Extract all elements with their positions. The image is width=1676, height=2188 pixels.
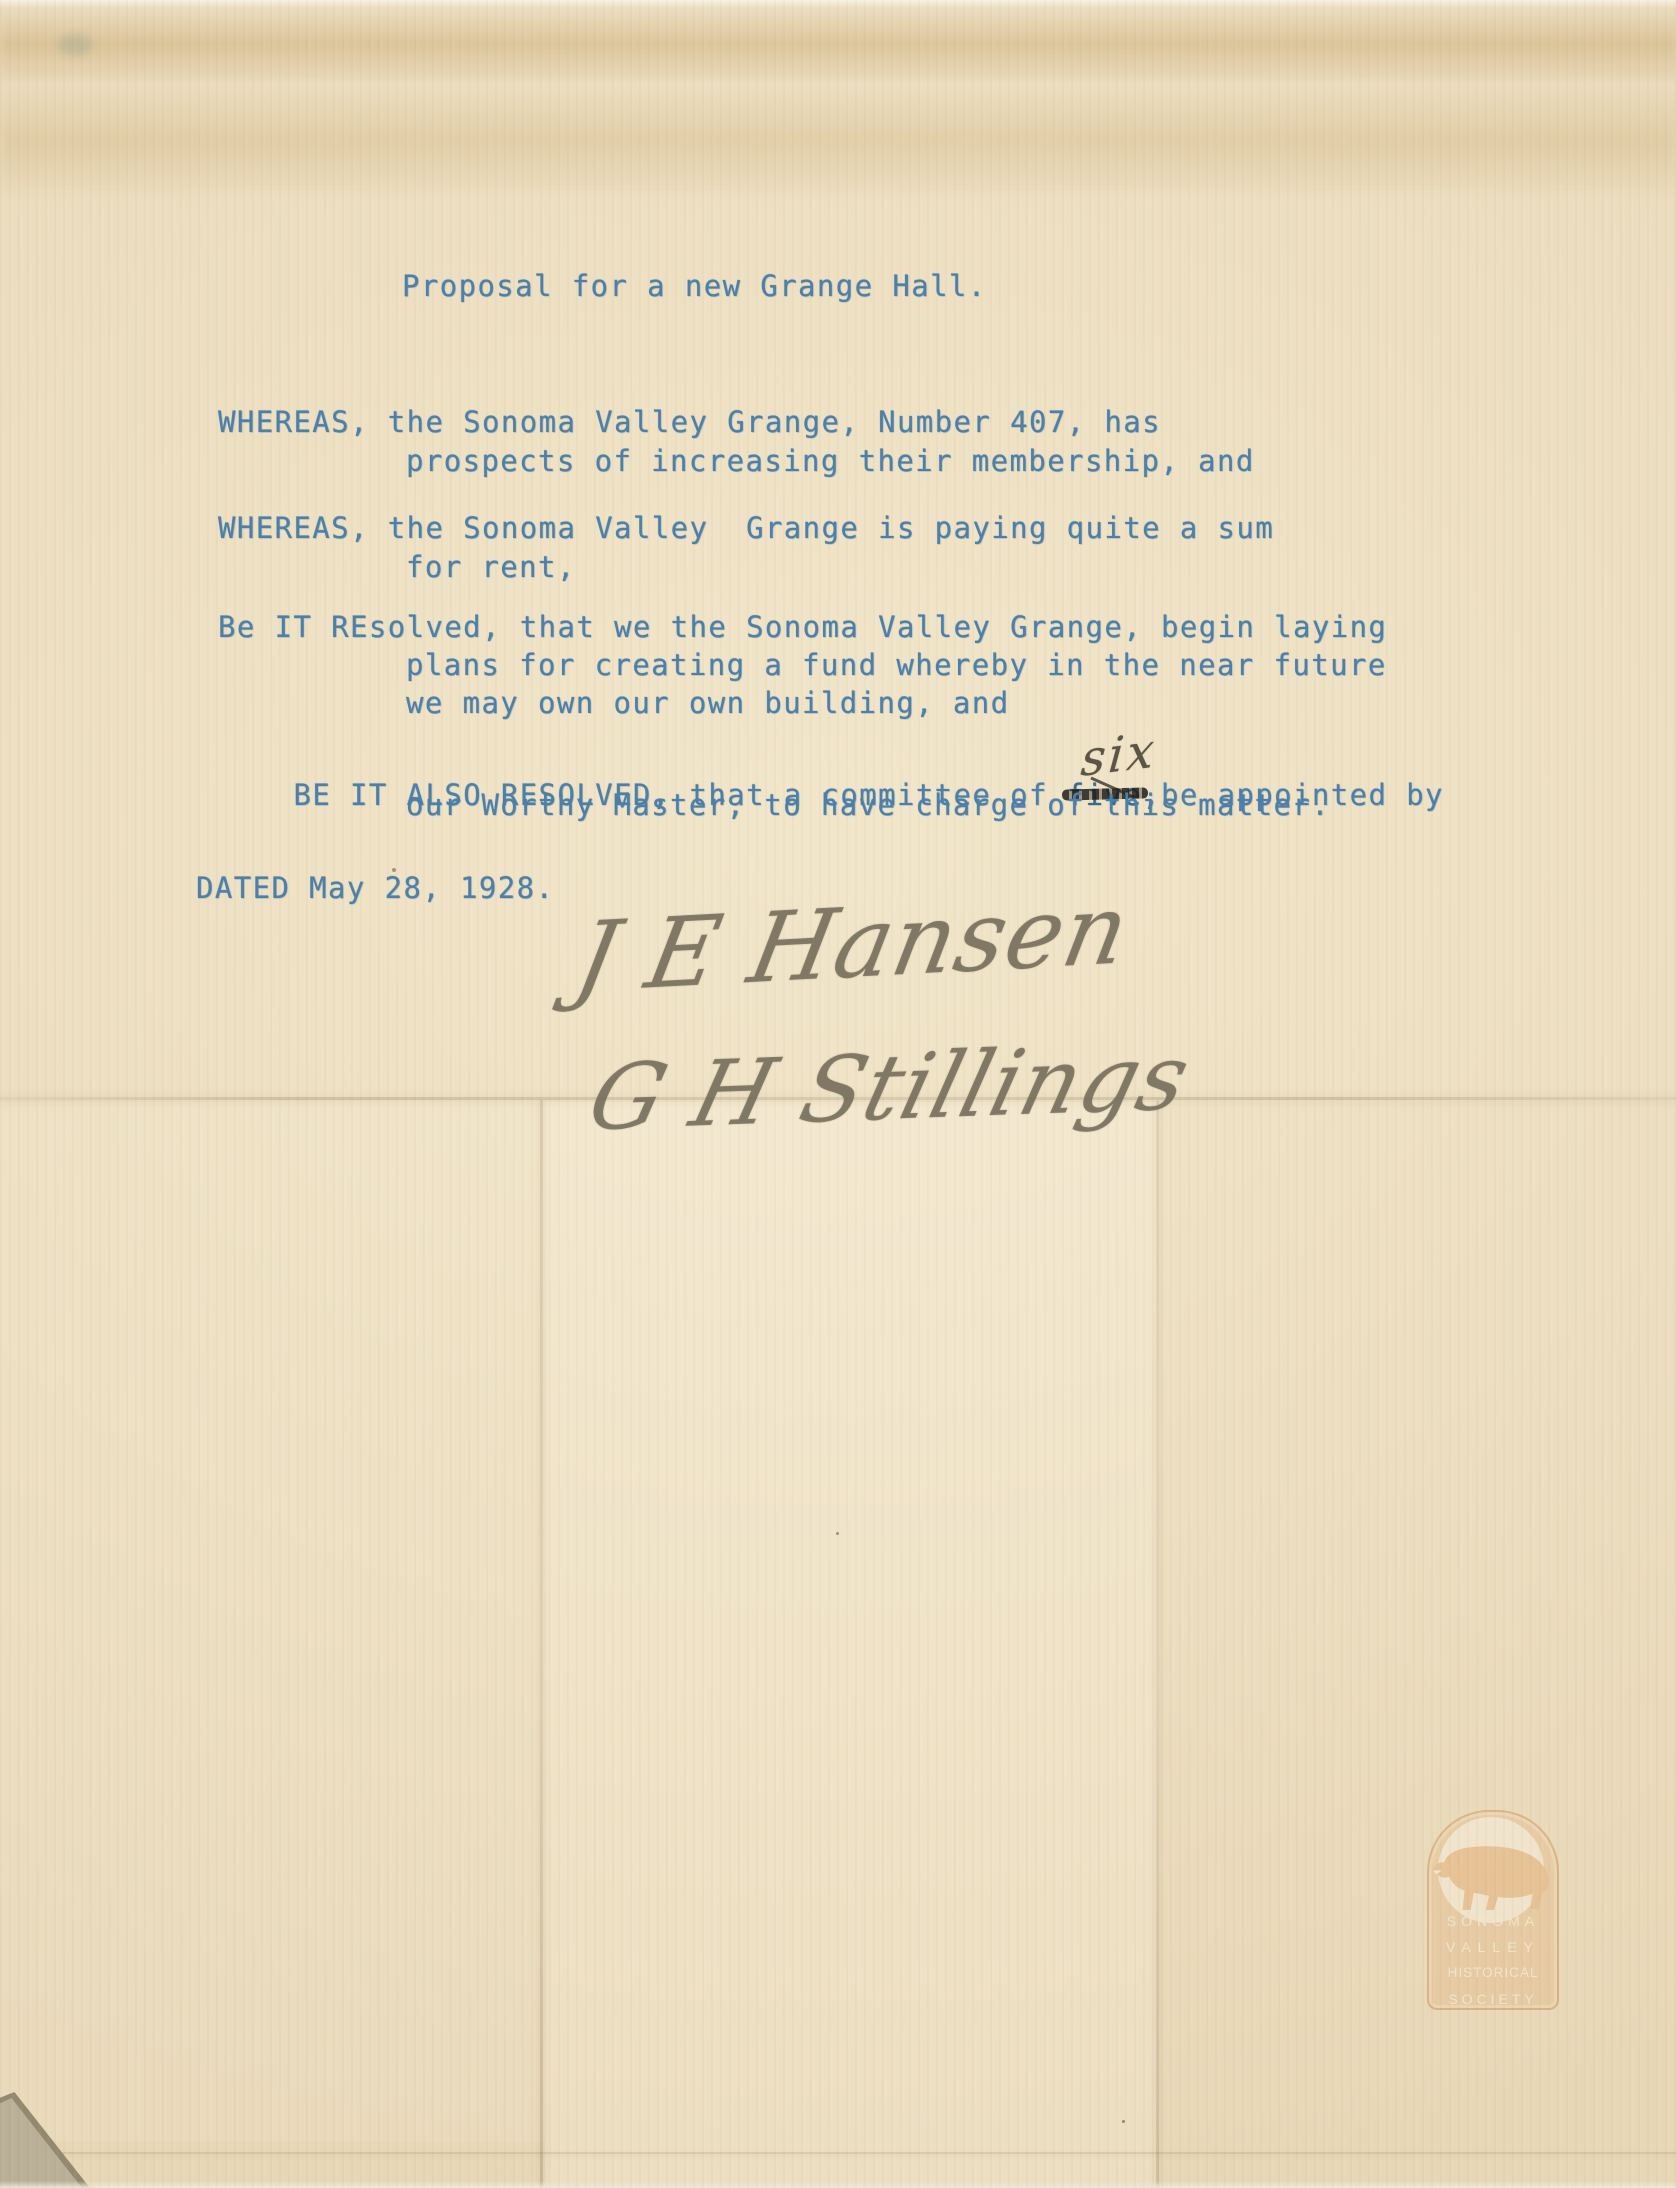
ink-smudge xyxy=(58,34,92,56)
fold-panel xyxy=(0,1102,545,2142)
dateline: DATED May 28, 1928. xyxy=(196,874,554,903)
vertical-fold-crease xyxy=(1156,1100,1159,2188)
scanned-document-page: Proposal for a new Grange Hall. WHEREAS,… xyxy=(0,0,1676,2188)
paragraph-4-line-2: our Worthy Master, to have charge of thi… xyxy=(406,791,1330,820)
scan-bottom-edge xyxy=(0,2181,1676,2188)
paragraph-1-line-2: prospects of increasing their membership… xyxy=(406,447,1255,476)
paragraph-3-line-1: Be IT REsolved, that we the Sonoma Valle… xyxy=(218,613,1387,642)
document-title: Proposal for a new Grange Hall. xyxy=(402,272,987,301)
paragraph-3-line-3: we may own our own building, and xyxy=(406,689,1010,718)
handwritten-correction: six xyxy=(1079,726,1159,784)
watermark-text-historical: HISTORICAL xyxy=(1429,1966,1557,1980)
paragraph-3-line-2: plans for creating a fund whereby in the… xyxy=(406,651,1387,680)
horizontal-fold-crease xyxy=(0,2152,1676,2154)
vertical-fold-crease xyxy=(540,1100,543,2188)
signature-hansen: J E Hansen xyxy=(567,873,1139,1015)
paper-speck xyxy=(836,1532,839,1535)
discoloration-band xyxy=(0,92,1676,192)
signature-stillings: G H Stillings xyxy=(579,1025,1200,1152)
watermark-text-society: SOCIETY xyxy=(1429,1992,1557,2006)
historical-society-watermark: SONOMA VALLEY HISTORICAL SOCIETY xyxy=(1427,1810,1559,2010)
paragraph-2-line-1: WHEREAS, the Sonoma Valley Grange is pay… xyxy=(218,514,1274,543)
folded-corner xyxy=(0,2092,90,2188)
paper-speck xyxy=(1122,2120,1125,2123)
fold-panel xyxy=(545,1102,1157,2188)
paragraph-1-line-1: WHEREAS, the Sonoma Valley Grange, Numbe… xyxy=(218,408,1161,437)
watermark-text-valley: VALLEY xyxy=(1429,1940,1557,1954)
paragraph-2-line-2: for rent, xyxy=(406,553,576,582)
scan-top-edge xyxy=(0,0,1676,8)
bear-icon xyxy=(1427,1838,1559,1918)
folded-corner xyxy=(0,2098,82,2188)
discoloration-band xyxy=(0,14,1676,80)
watermark-text-sonoma: SONOMA xyxy=(1429,1914,1557,1928)
